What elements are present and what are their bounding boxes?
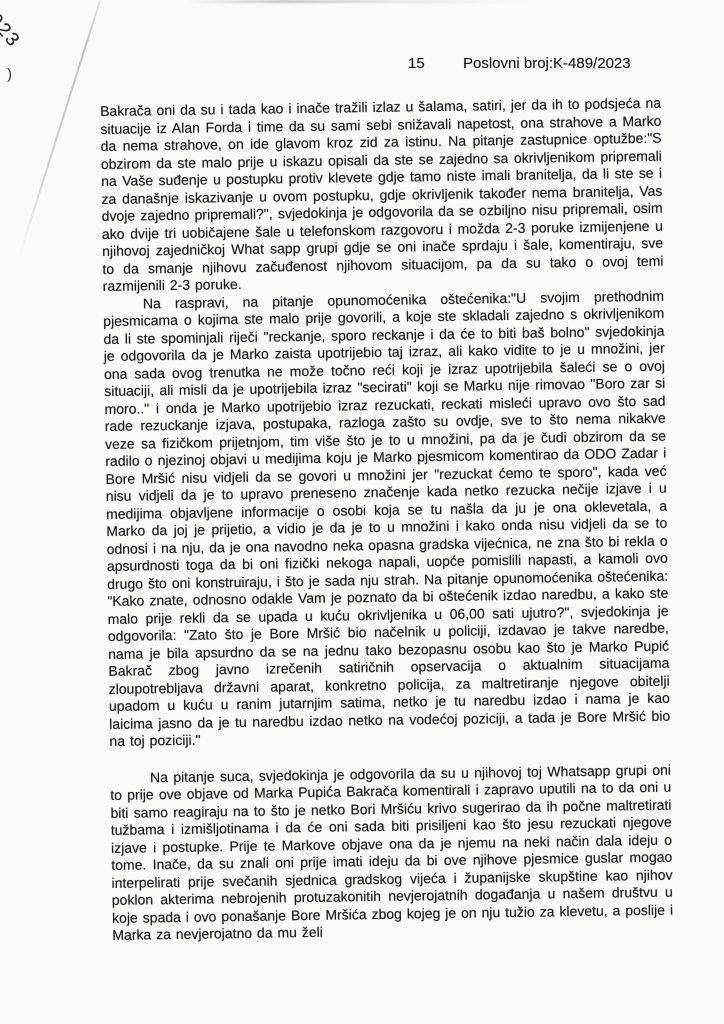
case-reference: Poslovni broj:K-489/2023 <box>463 55 631 72</box>
scanned-court-document-page: 2023 ) 15 Poslovni broj:K-489/2023 Bakra… <box>0 0 724 1024</box>
paragraph-hearing-questions: Na raspravi, na pitanje opunomoćenika oš… <box>103 287 671 750</box>
paragraph-judge-question-whatsapp: Na pitanje suca, svjedokinja je odgovori… <box>110 761 674 944</box>
page-number: 15 <box>408 55 425 72</box>
left-margin-mark: ) <box>7 66 12 83</box>
scan-fold-line <box>18 0 103 258</box>
scan-edge-artifact <box>180 0 530 3</box>
corner-stamp-year: 2023 <box>0 0 24 53</box>
document-body: Bakrača oni da su i tada kao i inače tra… <box>100 95 673 945</box>
paragraph-witness-testimony-jokes: Bakrača oni da su i tada kao i inače tra… <box>100 95 664 296</box>
